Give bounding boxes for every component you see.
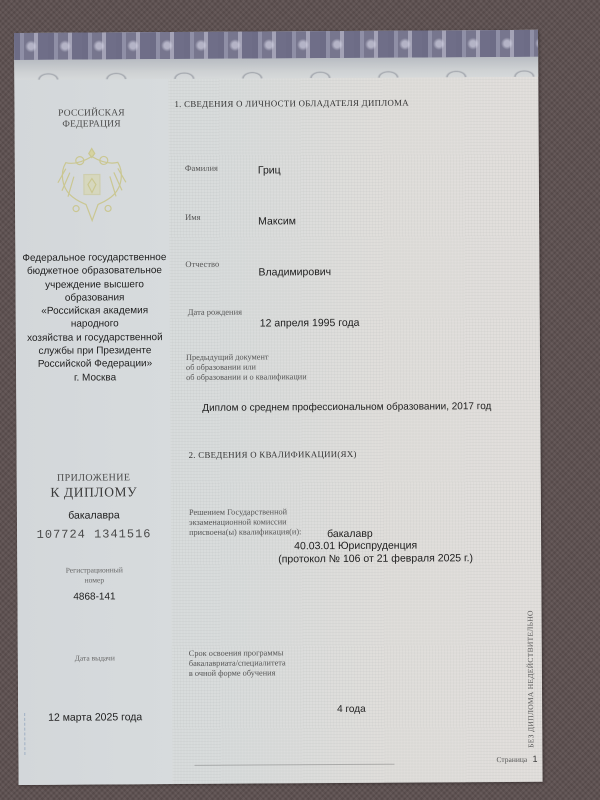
registration-number: 4868-141 — [37, 591, 151, 603]
org-line: г. Москва — [20, 371, 170, 385]
name-value: Максим — [258, 215, 296, 227]
appendix-heading-line2: К ДИПЛОМУ — [37, 484, 151, 501]
duration-label-line: в очной форме обучения — [189, 668, 349, 679]
country-line2: ФЕДЕРАЦИЯ — [35, 119, 149, 130]
coat-of-arms-icon — [52, 142, 133, 232]
stamp-mark — [18, 713, 25, 755]
specialty-value: 40.03.01 Юриспруденция — [294, 540, 417, 553]
section1-title: 1. СВЕДЕНИЯ О ЛИЧНОСТИ ОБЛАДАТЕЛЯ ДИПЛОМ… — [174, 98, 409, 109]
name-label: Имя — [185, 212, 200, 222]
birth-date-value: 12 апреля 1995 года — [260, 317, 360, 330]
duration-label: Срок освоения программы бакалавриата/спе… — [189, 648, 349, 680]
org-line: учреждение высшего образования — [20, 278, 170, 306]
registration-label-line1: Регистрационный — [37, 565, 151, 576]
patronymic-label: Отчество — [185, 259, 219, 269]
bottom-rule — [194, 764, 394, 766]
ornamental-band — [14, 30, 538, 60]
previous-document-label-line: об образовании и о квалификации — [186, 372, 346, 383]
issue-date: 12 марта 2025 года — [38, 711, 152, 724]
duration-value: 4 года — [337, 704, 366, 715]
degree-level: бакалавра — [37, 509, 151, 522]
decision-label: Решением Государственной экзаменационной… — [189, 507, 349, 539]
org-line: хозяйства и государственной — [20, 331, 170, 345]
patronymic-value: Владимирович — [258, 266, 331, 278]
page-number: 1 — [532, 754, 537, 764]
diploma-supplement-page: РОССИЙСКАЯ ФЕДЕРАЦИЯ Федеральное государ… — [14, 30, 543, 785]
vertical-notice: БЕЗ ДИПЛОМА НЕДЕЙСТВИТЕЛЬНО — [526, 610, 536, 748]
previous-document-label: Предыдущий документ об образовании или о… — [186, 352, 346, 384]
surname-value: Гриц — [258, 164, 281, 176]
org-line: Российской Федерации» — [20, 357, 170, 371]
section2-title: 2. СВЕДЕНИЯ О КВАЛИФИКАЦИИ(ЯХ) — [189, 449, 357, 460]
organization-name: Федеральное государственное бюджетное об… — [19, 251, 170, 385]
country-line1: РОССИЙСКАЯ — [34, 108, 148, 119]
birth-date-label: Дата рождения — [188, 307, 242, 317]
serial-number: 107724 1341516 — [27, 527, 161, 542]
org-line: бюджетное образовательное — [19, 264, 169, 278]
org-line: «Российская академия народного — [20, 304, 170, 332]
issue-date-label: Дата выдачи — [38, 653, 152, 663]
protocol-value: (протокол № 106 от 21 февраля 2025 г.) — [278, 552, 473, 565]
page-label: Страница — [496, 755, 527, 764]
ornamental-band-fringe — [14, 57, 538, 80]
appendix-heading-line1: ПРИЛОЖЕНИЕ — [37, 472, 151, 484]
qualification-value: бакалавр — [327, 528, 373, 540]
registration-label: Регистрационный номер — [37, 565, 151, 586]
previous-document-value: Диплом о среднем профессиональном образо… — [202, 401, 491, 414]
decision-label-line: присвоена(ы) квалификация(и): — [189, 527, 349, 538]
registration-label-line2: номер — [37, 575, 151, 586]
surname-label: Фамилия — [185, 163, 218, 173]
org-line: службы при Президенте — [20, 344, 170, 358]
org-line: Федеральное государственное — [19, 251, 169, 265]
